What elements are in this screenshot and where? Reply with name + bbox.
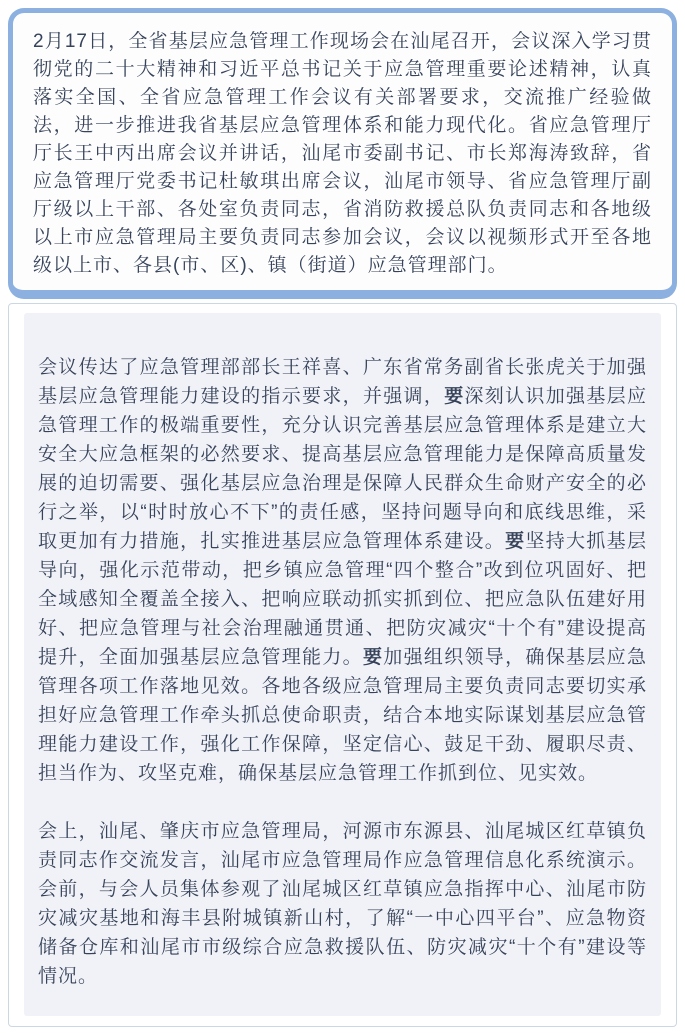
article-body-panel: 会议传达了应急管理部部长王祥喜、广东省常务副省长张虎关于加强基层应急管理能力建设…: [24, 313, 661, 1016]
article-paragraph-1: 会议传达了应急管理部部长王祥喜、广东省常务副省长张虎关于加强基层应急管理能力建设…: [38, 353, 647, 788]
intro-highlight-box: 2月17日，全省基层应急管理工作现场会在汕尾召开，会议深入学习贯彻党的二十大精神…: [8, 8, 677, 299]
article-page: 2月17日，全省基层应急管理工作现场会在汕尾召开，会议深入学习贯彻党的二十大精神…: [0, 0, 685, 1033]
article-paragraph-2: 会上，汕尾、肇庆市应急管理局，河源市东源县、汕尾城区红草镇负责同志作交流发言，汕…: [38, 817, 647, 991]
article-card: 会议传达了应急管理部部长王祥喜、广东省常务副省长张虎关于加强基层应急管理能力建设…: [8, 303, 677, 1027]
intro-paragraph: 2月17日，全省基层应急管理工作现场会在汕尾召开，会议深入学习贯彻党的二十大精神…: [33, 28, 652, 280]
